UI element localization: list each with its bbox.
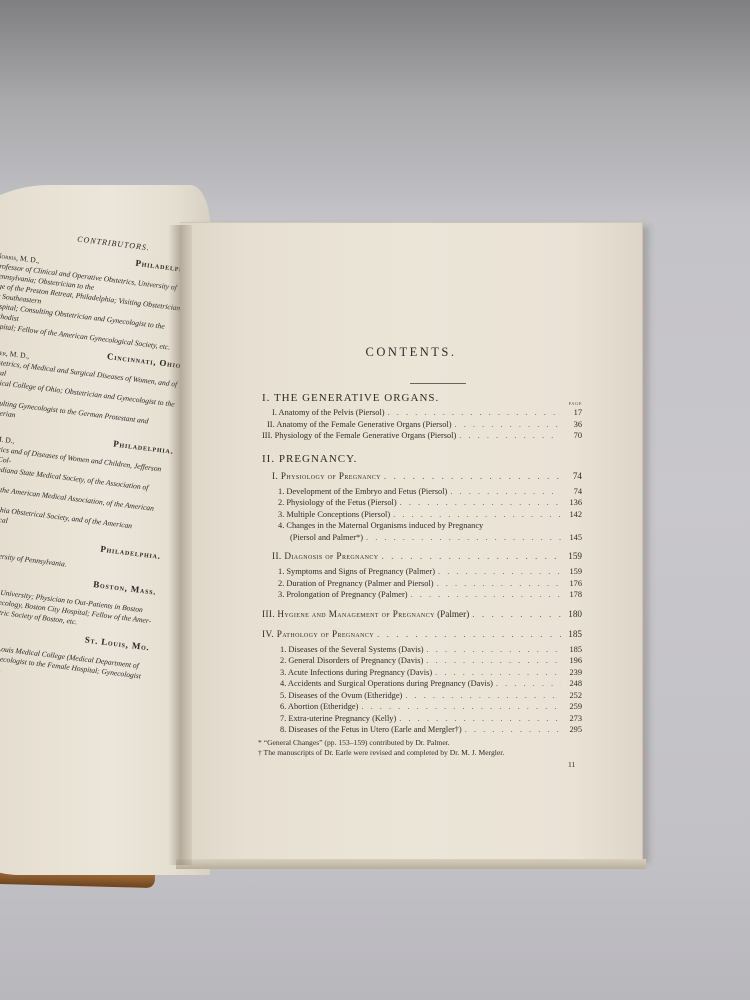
book-photo: CONTRIBUTORS. Philadelphia. Norris, M. D…: [0, 0, 750, 1000]
entry-title: Acute Infections during Pregnancy (Davis…: [288, 668, 432, 677]
section-page: 74: [564, 470, 582, 483]
entry-title: Multiple Conceptions (Piersol): [286, 510, 390, 519]
footnote-asterisk: * “General Changes” (pp. 153–159) contri…: [258, 738, 588, 748]
entry-number: II.: [267, 420, 275, 429]
entry-number: 2.: [278, 579, 284, 588]
entry-number: 4.: [280, 679, 286, 688]
footnote-dagger: † The manuscripts of Dr. Earle were revi…: [258, 748, 588, 758]
section-number: III.: [262, 609, 275, 619]
entry-title: Extra-uterine Pregnancy (Kelly): [288, 714, 396, 723]
leader-dots: [377, 628, 561, 641]
entry-title: Physiology of the Female Generative Orga…: [275, 431, 457, 440]
leader-dots: [465, 724, 561, 736]
entry-title: Development of the Embryo and Fetus (Pie…: [286, 487, 447, 496]
leader-dots: [472, 608, 561, 621]
toc-entry: 1. Diseases of the Several Systems (Davi…: [262, 644, 582, 656]
section-title: Diagnosis of Pregnancy: [284, 551, 378, 561]
toc-entry: III. Physiology of the Female Generative…: [262, 430, 582, 442]
section-page: 185: [564, 628, 582, 641]
toc-entry: 3. Prolongation of Pregnancy (Palmer) 17…: [262, 589, 582, 601]
leader-dots: [388, 407, 561, 419]
entry-number: 6.: [280, 702, 286, 711]
title-rule: [410, 383, 466, 384]
toc-entry: 4. Accidents and Surgical Operations dur…: [262, 678, 582, 690]
entry-page: 17: [564, 407, 582, 419]
entry-title: Diseases of the Several Systems (Davis): [288, 645, 423, 654]
entry-number: 2.: [278, 498, 284, 507]
section-title: Hygiene and Management of Pregnancy: [277, 609, 434, 619]
entry-title-continued: (Piersol and Palmer*): [290, 532, 363, 544]
leader-dots: [450, 486, 561, 498]
entry-page: 36: [564, 419, 582, 431]
entry-page: 136: [564, 497, 582, 509]
contents-title: CONTENTS.: [180, 345, 642, 360]
leader-dots: [459, 430, 561, 442]
leader-dots: [366, 532, 561, 544]
section-number: II.: [272, 551, 282, 561]
entry-page: 196: [564, 655, 582, 667]
right-page-contents: CONTENTS. I. THE GENERATIVE ORGANS. PAGE…: [180, 222, 643, 859]
entry-title: General Disorders of Pregnancy (Davis): [288, 656, 423, 665]
leader-dots: [399, 713, 561, 725]
toc-section: III. Hygiene and Management of Pregnancy…: [262, 608, 582, 621]
entry-number: 7.: [280, 714, 286, 723]
table-of-contents: I. THE GENERATIVE ORGANS. PAGE I. Anatom…: [262, 391, 582, 736]
section-number: IV.: [262, 629, 274, 639]
entry-number: 1.: [280, 645, 286, 654]
section-page: 159: [564, 550, 582, 563]
section-number: I.: [272, 471, 278, 481]
leader-dots: [426, 655, 561, 667]
leader-dots: [438, 566, 561, 578]
entry-title: Physiology of the Fetus (Piersol): [286, 498, 396, 507]
toc-entry: 2. General Disorders of Pregnancy (Davis…: [262, 655, 582, 667]
leader-dots: [455, 419, 561, 431]
page-stack-edge: [176, 859, 646, 869]
toc-entry: 3. Multiple Conceptions (Piersol) 142: [262, 509, 582, 521]
contributor-entry: Philadelphia. ...rvin, M. D., ...Obstetr…: [0, 422, 174, 546]
toc-entry: 1. Development of the Embryo and Fetus (…: [262, 486, 582, 498]
contributor-entry: Cincinnati, Ohio. Palmer, M. D., ...Obst…: [0, 336, 185, 440]
leader-dots: [427, 644, 561, 656]
toc-entry-wrapped: 4. Changes in the Maternal Organisms ind…: [262, 520, 582, 532]
entry-page: 273: [564, 713, 582, 725]
leader-dots: [437, 578, 561, 590]
leader-dots: [400, 497, 561, 509]
entry-title: Changes in the Maternal Organisms induce…: [286, 521, 483, 530]
toc-entry: II. Anatomy of the Female Generative Org…: [262, 419, 582, 431]
leader-dots: [405, 690, 561, 702]
entry-number: III.: [262, 431, 272, 440]
toc-section: II. Diagnosis of Pregnancy 159: [262, 550, 582, 563]
entry-page: 142: [564, 509, 582, 521]
entry-page: 176: [564, 578, 582, 590]
section-page: 180: [564, 608, 582, 621]
toc-entry: 5. Diseases of the Ovum (Etheridge) 252: [262, 690, 582, 702]
section-title: Physiology of Pregnancy: [281, 471, 381, 481]
leader-dots: [393, 509, 561, 521]
entry-title: Accidents and Surgical Operations during…: [288, 679, 493, 688]
footnotes: * “General Changes” (pp. 153–159) contri…: [258, 738, 588, 758]
entry-page: 159: [564, 566, 582, 578]
toc-entry: 7. Extra-uterine Pregnancy (Kelly) 273: [262, 713, 582, 725]
leader-dots: [496, 678, 561, 690]
entry-title: Duration of Pregnancy (Palmer and Pierso…: [286, 579, 433, 588]
toc-entry: 1. Symptoms and Signs of Pregnancy (Palm…: [262, 566, 582, 578]
toc-entry: 6. Abortion (Etheridge) 259: [262, 701, 582, 713]
leader-dots: [435, 667, 561, 679]
entry-page: 74: [564, 486, 582, 498]
entry-number: 3.: [280, 668, 286, 677]
entry-number: 8.: [280, 725, 286, 734]
page-number: 11: [568, 760, 575, 769]
entry-number: 3.: [278, 590, 284, 599]
entry-page: 185: [564, 644, 582, 656]
section-title: Pathology of Pregnancy: [277, 629, 374, 639]
entry-title: Prolongation of Pregnancy (Palmer): [286, 590, 407, 599]
entry-page: 259: [564, 701, 582, 713]
entry-number: 4.: [278, 521, 284, 530]
leader-dots: [381, 550, 561, 563]
toc-entry: I. Anatomy of the Pelvis (Piersol) 17: [262, 407, 582, 419]
entry-page: 295: [564, 724, 582, 736]
entry-number: 5.: [280, 691, 286, 700]
entry-number: 1.: [278, 487, 284, 496]
entry-page: 145: [564, 532, 582, 544]
entry-number: I.: [272, 408, 277, 417]
leader-dots: [411, 589, 561, 601]
entry-number: 1.: [278, 567, 284, 576]
entry-title: Anatomy of the Pelvis (Piersol): [279, 408, 385, 417]
toc-entry: 2. Duration of Pregnancy (Palmer and Pie…: [262, 578, 582, 590]
leader-dots: [361, 701, 561, 713]
entry-page: 178: [564, 589, 582, 601]
toc-entry-continuation: (Piersol and Palmer*) 145: [262, 532, 582, 544]
entry-title: Diseases of the Fetus in Utero (Earle an…: [288, 725, 461, 734]
section-author: (Palmer): [437, 609, 469, 619]
toc-section: IV. Pathology of Pregnancy 185: [262, 628, 582, 641]
entry-title: Abortion (Etheridge): [288, 702, 358, 711]
entry-title: Symptoms and Signs of Pregnancy (Palmer): [286, 567, 435, 576]
part-title: II. PREGNANCY.: [262, 452, 582, 466]
entry-page: 248: [564, 678, 582, 690]
entry-title: Anatomy of the Female Generative Organs …: [276, 420, 451, 429]
toc-entry: 8. Diseases of the Fetus in Utero (Earle…: [262, 724, 582, 736]
toc-entry: 2. Physiology of the Fetus (Piersol) 136: [262, 497, 582, 509]
leader-dots: [384, 470, 561, 483]
entry-page: 239: [564, 667, 582, 679]
toc-section: I. Physiology of Pregnancy 74: [262, 470, 582, 483]
book-gutter-shadow: [168, 225, 192, 865]
entry-page: 252: [564, 690, 582, 702]
entry-title: Diseases of the Ovum (Etheridge): [288, 691, 402, 700]
entry-number: 3.: [278, 510, 284, 519]
entry-page: 70: [564, 430, 582, 442]
entry-number: 2.: [280, 656, 286, 665]
toc-entry: 3. Acute Infections during Pregnancy (Da…: [262, 667, 582, 679]
